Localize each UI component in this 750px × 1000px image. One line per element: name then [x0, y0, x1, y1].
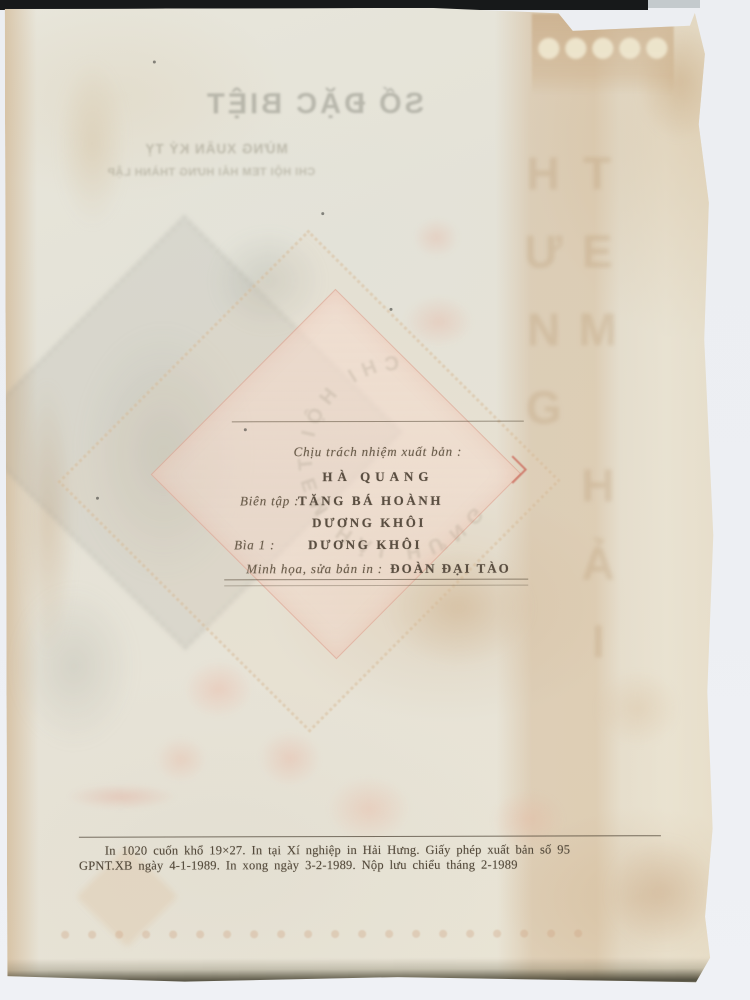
- paper-page: SỐ ĐẶC BIỆT MỪNG XUÂN KỶ TỴ CHI HỘI TEM …: [5, 7, 718, 987]
- ghost-front-cover-title: SỐ ĐẶC BIỆT: [178, 88, 450, 122]
- flower-ghost-3: [327, 776, 411, 842]
- ink-speck: [153, 61, 156, 64]
- colophon-line-2: GPNT.XB ngày 4-1-1989. In xong ngày 3-2-…: [79, 857, 661, 874]
- publisher-name: HÀ QUANG: [232, 469, 524, 486]
- colophon-block: In 1020 cuốn khổ 19×27. In tại Xí nghiệp…: [79, 835, 661, 874]
- responsibility-label: Chịu trách nhiệm xuất bản :: [232, 444, 524, 461]
- flower-ghost-1: [183, 660, 253, 718]
- perforation-dots-row: [59, 927, 589, 940]
- ghost-front-cover-subtitle-1: MỪNG XUÂN KỶ TỴ: [113, 141, 319, 157]
- illustration-label: Minh họa, sửa bản in :: [246, 561, 383, 577]
- cover-label: Bìa 1 :: [234, 537, 275, 553]
- illustrator-name: ĐOÀN ĐẠI TÀO: [390, 561, 511, 577]
- scanned-back-cover: SỐ ĐẶC BIỆT MỪNG XUÂN KỶ TỴ CHI HỘI TEM …: [0, 0, 750, 1000]
- ghost-spine-lettering: TEM HẢI HƯNG: [542, 147, 626, 857]
- editor-name-1: TĂNG BÁ HOÀNH: [298, 493, 443, 509]
- flower-ghost-4: [155, 736, 207, 782]
- paper-bottom-edge-shadow: [7, 957, 717, 987]
- flower-ghost-2: [259, 730, 321, 786]
- ink-speck: [390, 308, 393, 311]
- scanner-edge-top-right: [648, 0, 700, 8]
- editor-name-2: DƯƠNG KHÔI: [312, 515, 426, 531]
- ink-speck: [96, 497, 99, 500]
- binding-band: [532, 13, 674, 95]
- perforation-holes: [536, 35, 672, 61]
- ghost-front-cover-subtitle-2: CHI HỘI TEM HẢI HƯNG THÀNH LẬP: [77, 166, 345, 179]
- flower-ghost-branch: [67, 783, 177, 809]
- ghost-image-smudge-lower-left: [11, 584, 136, 749]
- cover-artist-name: DƯƠNG KHÔI: [308, 537, 422, 553]
- credits-block: Chịu trách nhiệm xuất bản : HÀ QUANG Biê…: [232, 421, 524, 587]
- flower-ghost-small-upper: [413, 218, 459, 258]
- ink-speck: [321, 212, 324, 215]
- ink-speck: [244, 428, 247, 431]
- editor-label: Biên tập :: [240, 493, 299, 509]
- colophon-line-1: In 1020 cuốn khổ 19×27. In tại Xí nghiệp…: [79, 842, 661, 859]
